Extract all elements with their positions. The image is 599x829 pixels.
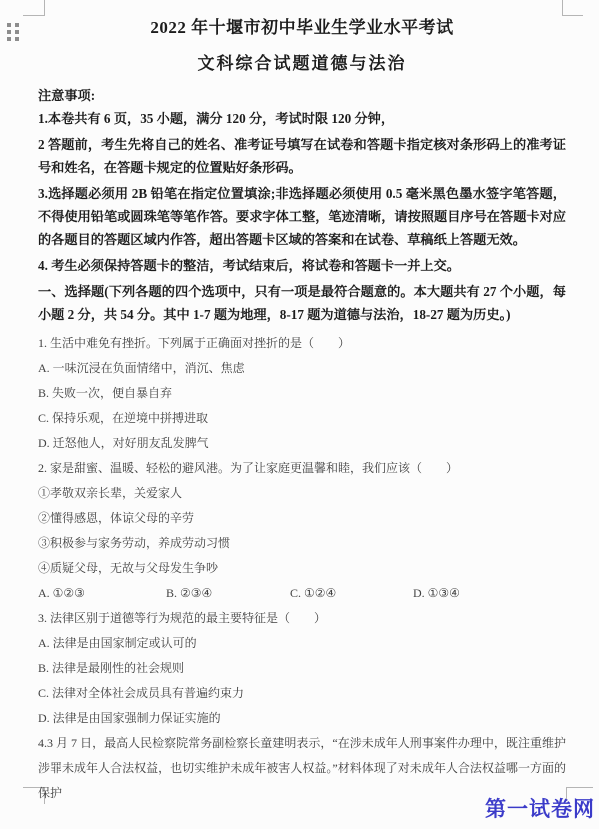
question-2-option-d: D. ①③④ — [413, 581, 566, 606]
question-2-option-b: B. ②③④ — [166, 581, 290, 606]
question-3-option-b: B. 法律是最刚性的社会规则 — [38, 656, 566, 681]
question-3-stem: 3. 法律区别于道德等行为规范的最主要特征是（ ） — [38, 606, 566, 631]
drag-handle-icon[interactable] — [7, 23, 19, 41]
question-2-option-a: A. ①②③ — [38, 581, 166, 606]
question-1-option-b: B. 失败一次，便自暴自弃 — [38, 381, 566, 406]
notice-item-3: 3.选择题必须用 2B 铅笔在指定位置填涂;非选择题必须使用 0.5 毫米黑色墨… — [38, 182, 566, 251]
notice-item-2: 2 答题前，考生先将自己的姓名、准考证号填写在试卷和答题卡指定核对条形码上的准考… — [38, 133, 566, 179]
watermark: 第一试卷网 — [485, 793, 595, 823]
document-content: 2022 年十堰市初中毕业生学业水平考试 文科综合试题道德与法治 注意事项: 1… — [38, 16, 566, 806]
crop-mark-top-right — [562, 0, 583, 16]
question-1-option-a: A. 一味沉浸在负面情绪中，消沉、焦虑 — [38, 356, 566, 381]
question-3-option-a: A. 法律是由国家制定或认可的 — [38, 631, 566, 656]
question-2-item-1: ①孝敬双亲长辈，关爱家人 — [38, 481, 566, 506]
notice-heading: 注意事项: — [38, 84, 566, 107]
question-2-option-c: C. ①②④ — [290, 581, 413, 606]
section-header: 一、选择题(下列各题的四个选项中，只有一项是最符合题意的。本大题共有 27 个小… — [38, 280, 566, 326]
page-title: 2022 年十堰市初中毕业生学业水平考试 — [38, 16, 566, 40]
question-3-option-d: D. 法律是由国家强制力保证实施的 — [38, 706, 566, 731]
page-subtitle: 文科综合试题道德与法治 — [38, 53, 566, 75]
notice-item-1: 1.本卷共有 6 页，35 小题，满分 120 分，考试时限 120 分钟， — [38, 107, 566, 130]
question-2-item-4: ④质疑父母，无故与父母发生争吵 — [38, 556, 566, 581]
question-1-stem: 1. 生活中难免有挫折。下列属于正确面对挫折的是（ ） — [38, 331, 566, 356]
question-1-option-d: D. 迁怒他人，对好朋友乱发脾气 — [38, 431, 566, 456]
question-2-stem: 2. 家是甜蜜、温暖、轻松的避风港。为了让家庭更温馨和睦，我们应该（ ） — [38, 456, 566, 481]
notice-item-4: 4. 考生必须保持答题卡的整洁，考试结束后，将试卷和答题卡一并上交。 — [38, 254, 566, 277]
question-1-option-c: C. 保持乐观，在逆境中拼搏进取 — [38, 406, 566, 431]
question-3-option-c: C. 法律对全体社会成员具有普遍约束力 — [38, 681, 566, 706]
question-2-options-row: A. ①②③ B. ②③④ C. ①②④ D. ①③④ — [38, 581, 566, 606]
exam-document-page: 2022 年十堰市初中毕业生学业水平考试 文科综合试题道德与法治 注意事项: 1… — [0, 0, 599, 829]
question-2-item-3: ③积极参与家务劳动，养成劳动习惯 — [38, 531, 566, 556]
crop-mark-top-left — [23, 0, 45, 16]
question-2-item-2: ②懂得感恩，体谅父母的辛劳 — [38, 506, 566, 531]
